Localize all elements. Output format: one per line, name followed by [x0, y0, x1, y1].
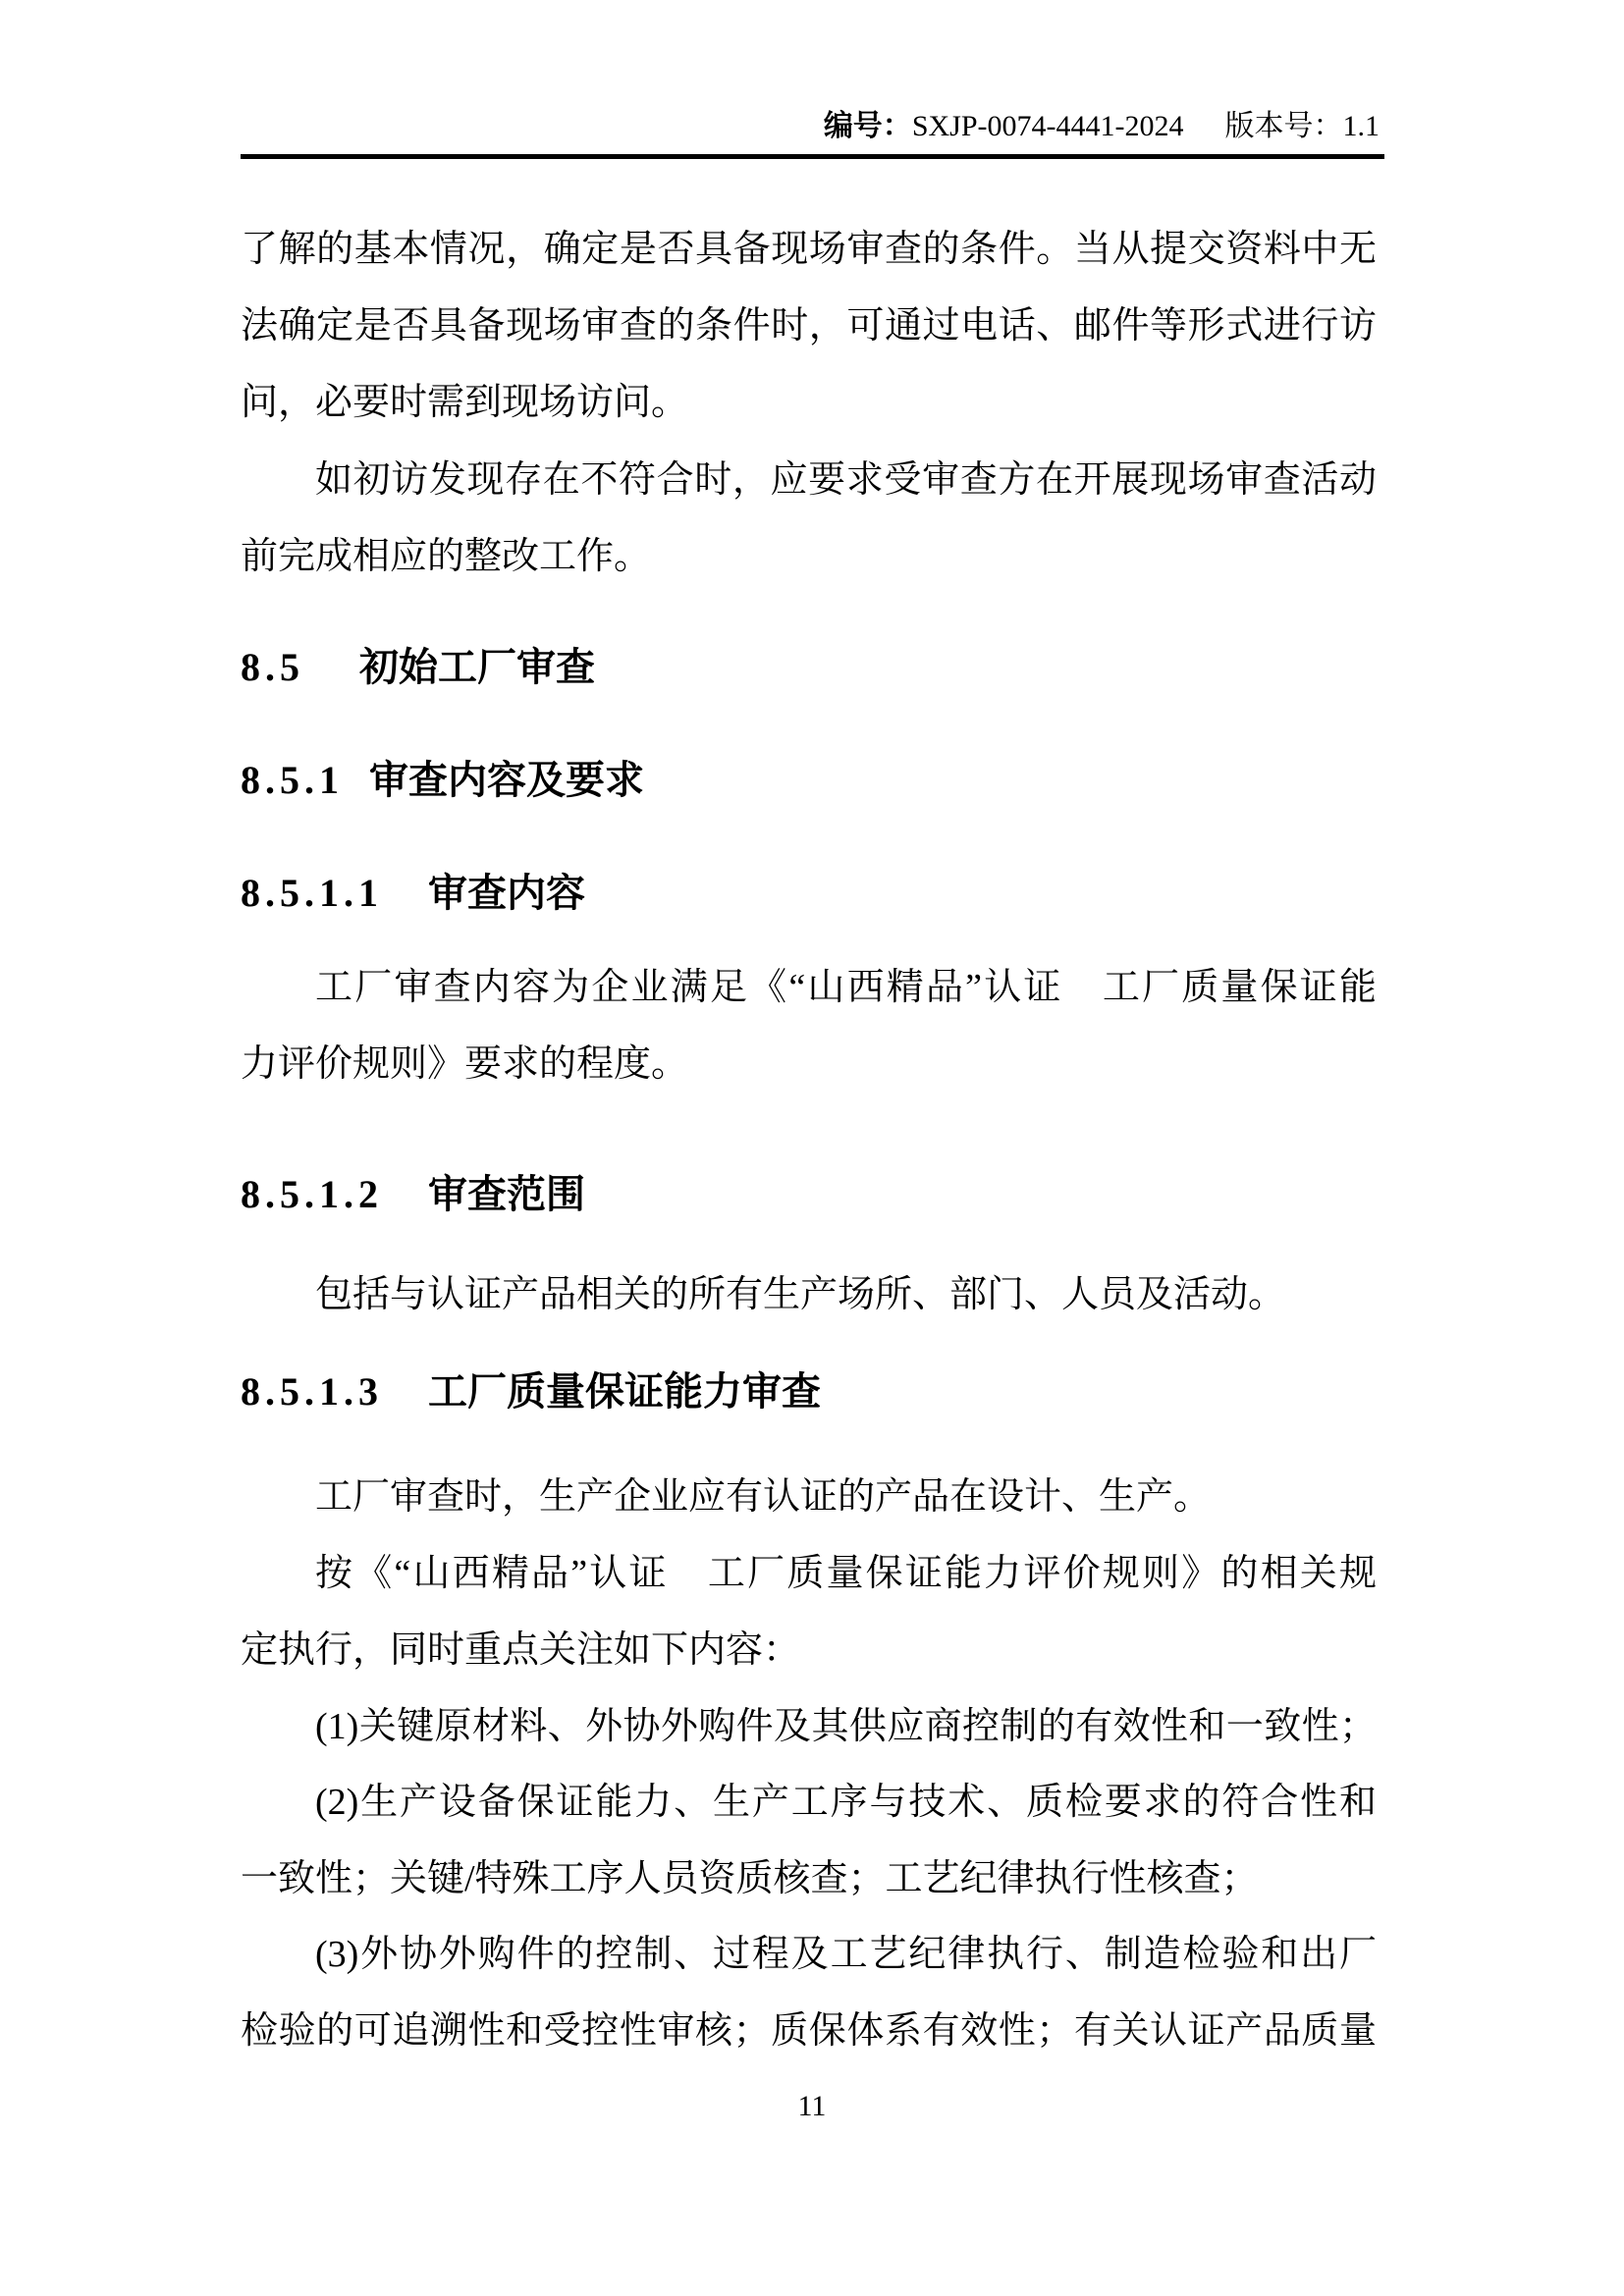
text-line: 了解的基本情况，确定是否具备现场审查的条件。当从提交资料中无 — [241, 211, 1377, 288]
header-rule — [241, 154, 1384, 159]
paragraph-factory-audit-time: 工厂审查时，生产企业应有认证的产品在设计、生产。 — [241, 1459, 1377, 1535]
text-line: 前完成相应的整改工作。 — [241, 518, 1377, 595]
heading-number: 8.5 — [241, 645, 304, 689]
document-header: 编号：SXJP-0074-4441-2024版本号：1.1 — [241, 106, 1380, 147]
text-line: 包括与认证产品相关的所有生产场所、部门、人员及活动。 — [241, 1256, 1377, 1333]
text-line: 定执行，同时重点关注如下内容： — [241, 1612, 1377, 1688]
text-line: 问，必要时需到现场访问。 — [241, 364, 1377, 441]
paragraph-audit-content: 工厂审查内容为企业满足《“山西精品”认证 工厂质量保证能 力评价规则》要求的程度… — [241, 949, 1377, 1102]
paragraph-evaluation-rules: 按《“山西精品”认证 工厂质量保证能力评价规则》的相关规 定执行，同时重点关注如… — [241, 1535, 1377, 1688]
heading-number: 8.5.1.2 — [241, 1172, 383, 1216]
heading-8-5-1-2: 8.5.1.2审查范围 — [241, 1171, 1377, 1218]
heading-title: 审查范围 — [428, 1172, 585, 1216]
heading-8-5-1-1: 8.5.1.1审查内容 — [241, 870, 1377, 917]
text-line: 按《“山西精品”认证 工厂质量保证能力评价规则》的相关规 — [241, 1535, 1377, 1612]
text-line: 检验的可追溯性和受控性审核；质保体系有效性；有关认证产品质量 — [241, 1993, 1377, 2069]
doc-number-label: 编号： — [824, 110, 912, 142]
text-line: 一致性；关键/特殊工序人员资质核查；工艺纪律执行性核查； — [241, 1841, 1377, 1917]
list-item-1: (1)关键原材料、外协外购件及其供应商控制的有效性和一致性； — [241, 1688, 1377, 1765]
text-line: 力评价规则》要求的程度。 — [241, 1026, 1377, 1102]
list-item-3: (3)外协外购件的控制、过程及工艺纪律执行、制造检验和出厂 检验的可追溯性和受控… — [241, 1916, 1377, 2069]
heading-number: 8.5.1.3 — [241, 1369, 383, 1414]
doc-version-label: 版本号： — [1225, 110, 1343, 142]
paragraph-site-audit-conditions: 了解的基本情况，确定是否具备现场审查的条件。当从提交资料中无 法确定是否具备现场… — [241, 211, 1377, 441]
heading-8-5-1: 8.5.1审查内容及要求 — [241, 757, 1377, 804]
list-item-2: (2)生产设备保证能力、生产工序与技术、质检要求的符合性和 一致性；关键/特殊工… — [241, 1764, 1377, 1917]
doc-number-value: SXJP-0074-4441-2024 — [912, 110, 1184, 142]
heading-title: 审查内容及要求 — [369, 758, 644, 802]
heading-8-5-1-3: 8.5.1.3工厂质量保证能力审查 — [241, 1368, 1377, 1415]
heading-number: 8.5.1.1 — [241, 871, 383, 915]
text-line: (1)关键原材料、外协外购件及其供应商控制的有效性和一致性； — [241, 1688, 1377, 1765]
page-number: 11 — [0, 2087, 1624, 2126]
heading-8-5: 8.5初始工厂审查 — [241, 644, 1377, 691]
heading-number: 8.5.1 — [241, 758, 344, 802]
heading-title: 审查内容 — [428, 871, 585, 915]
text-line: 工厂审查时，生产企业应有认证的产品在设计、生产。 — [241, 1459, 1377, 1535]
doc-version-value: 1.1 — [1343, 110, 1380, 142]
text-line: (2)生产设备保证能力、生产工序与技术、质检要求的符合性和 — [241, 1764, 1377, 1841]
heading-title: 初始工厂审查 — [359, 645, 595, 689]
text-line: 如初访发现存在不符合时，应要求受审查方在开展现场审查活动 — [241, 442, 1377, 518]
paragraph-initial-visit-nonconformity: 如初访发现存在不符合时，应要求受审查方在开展现场审查活动 前完成相应的整改工作。 — [241, 442, 1377, 595]
paragraph-audit-scope: 包括与认证产品相关的所有生产场所、部门、人员及活动。 — [241, 1256, 1377, 1333]
text-line: 法确定是否具备现场审查的条件时，可通过电话、邮件等形式进行访 — [241, 288, 1377, 364]
text-line: 工厂审查内容为企业满足《“山西精品”认证 工厂质量保证能 — [241, 949, 1377, 1026]
heading-title: 工厂质量保证能力审查 — [428, 1369, 821, 1414]
text-line: (3)外协外购件的控制、过程及工艺纪律执行、制造检验和出厂 — [241, 1916, 1377, 1993]
document-page: 编号：SXJP-0074-4441-2024版本号：1.1 了解的基本情况，确定… — [0, 0, 1624, 2296]
